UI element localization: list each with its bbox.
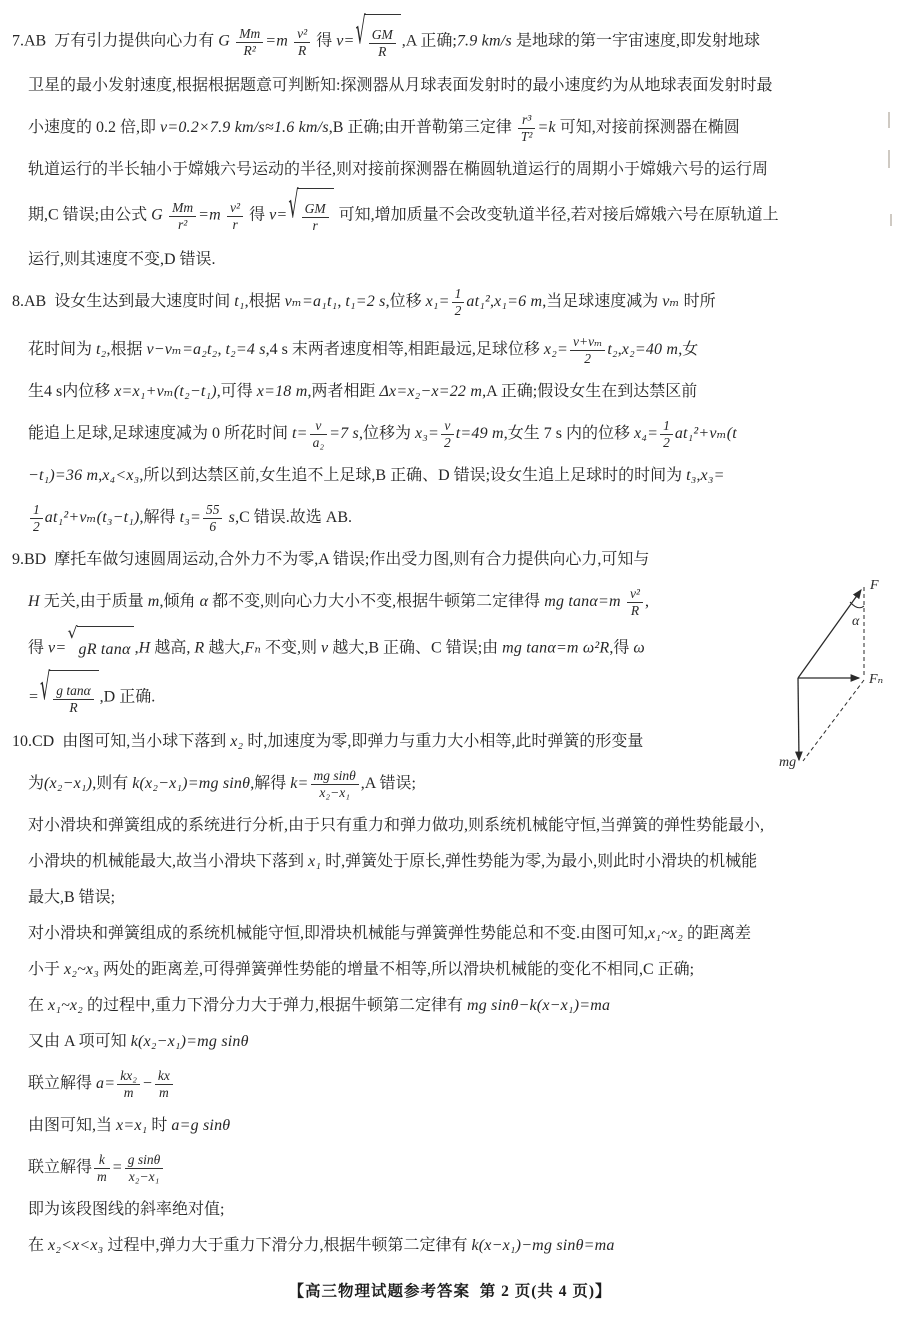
text-run: 由图可知,当 (28, 1117, 116, 1134)
math-run: s (224, 509, 235, 526)
fraction-numerator: 1 (452, 286, 465, 302)
text-run: ,位移 (386, 293, 426, 310)
fraction: Mmr² (169, 200, 196, 232)
math-run: v= (336, 33, 354, 50)
text-run: 是地球的第一宇宙速度,即发射地球 (516, 33, 760, 50)
radicand: g tanαR (49, 670, 98, 726)
text-line: 小速度的 0.2 倍,即 v=0.2×7.9 km/s≈1.6 km/s,B 正… (12, 104, 888, 152)
text-run: ,D 正确. (100, 689, 156, 706)
math-run: = (28, 689, 39, 706)
text-run: 的过程中,重力下滑分力大于弹力,根据牛顿第二定律有 (83, 997, 467, 1014)
text-line: 对小滑块和弹簧组成的系统机械能守恒,即滑块机械能与弹簧弹性势能总和不变.由图可知… (12, 916, 888, 952)
fraction: mg sinθx₂−x₁ (311, 768, 359, 800)
math-run: x₁ (308, 853, 321, 870)
text-run: ,当足球速度减为 (542, 293, 662, 310)
fraction-denominator: 6 (203, 518, 223, 535)
math-run: v= (48, 640, 66, 657)
text-line: 即为该段图线的斜率绝对值; (12, 1192, 888, 1228)
math-run: α (200, 593, 209, 610)
text-run: 最大,B 错误; (28, 889, 115, 906)
text-line: 运行,则其速度不变,D 错误. (12, 242, 888, 278)
text-run: 越高, (150, 640, 194, 657)
math-run: =k (537, 119, 555, 136)
math-run: R (194, 640, 204, 657)
text-line: 由图可知,当 x=x₁ 时 a=g sinθ (12, 1108, 888, 1144)
text-run: 得 (28, 640, 48, 657)
fraction-denominator: R² (236, 42, 263, 59)
text-run: 运行,则其速度不变,D 错误. (28, 251, 216, 268)
fraction-numerator: 1 (30, 502, 43, 518)
math-run: at₁²+vₘ(t (675, 425, 737, 442)
text-line: 小滑块的机械能最大,故当小滑块下落到 x₁ 时,弹簧处于原长,弹性势能为零,为最… (12, 844, 888, 880)
text-run: 两处的距离差,可得弹簧弹性势能的增量不相等,所以滑块机械能的变化不相同,C 正确… (99, 961, 694, 978)
math-run: =m (198, 207, 225, 224)
text-run: 又由 A 项可知 (28, 1033, 131, 1050)
math-run: v−vₘ=a₂t₂ (146, 341, 217, 358)
math-run: k(x₂−x₁)=mg sinθ (132, 775, 250, 792)
text-run: 无关,由于质量 (40, 593, 148, 610)
fraction-denominator: m (155, 1084, 173, 1101)
math-run: t₂ (96, 341, 106, 358)
math-run: m (148, 593, 160, 610)
math-run: = (112, 1159, 123, 1176)
fraction-numerator: r³ (518, 112, 536, 128)
page-footer: 【高三物理试题参考答案 第 2 页(共 4 页)】 (0, 1279, 900, 1301)
fraction-numerator: GM (369, 27, 396, 43)
math-run: k= (290, 775, 308, 792)
text-line: 对小滑块和弹簧组成的系统进行分析,由于只有重力和弹力做功,则系统机械能守恒,当弹… (12, 808, 888, 844)
scan-artifact (890, 214, 892, 226)
fraction: kx₂m (117, 1068, 140, 1100)
text-run: 花时间为 (28, 341, 96, 358)
fraction-denominator: x₂−x₁ (311, 784, 359, 801)
text-line: 最大,B 错误; (12, 880, 888, 916)
text-run: 在 (28, 997, 48, 1014)
math-run: 7.9 km/s (457, 33, 516, 50)
text-run: 9.BD 摩托车做匀速圆周运动,合外力不为零,A 错误;作出受力图,则有合力提供… (12, 551, 649, 568)
fraction-denominator: R (627, 602, 643, 619)
text-line: 10.CD 由图可知,当小球下落到 x₂ 时,加速度为零,即弹力与重力大小相等,… (12, 724, 888, 760)
text-run: 联立解得 (28, 1075, 96, 1092)
fraction-denominator: 2 (30, 518, 43, 535)
text-line: 得 v=√gR tanα,H 越高, R 越大,Fₙ 不变,则 v 越大,B 正… (12, 626, 888, 670)
math-run: x₁=6 m (494, 293, 542, 310)
math-run: at₁²+vₘ(t₃−t₁) (45, 509, 140, 526)
math-run: mg sinθ−k(x−x₁)=ma (467, 997, 610, 1014)
fraction-numerator: kx (155, 1068, 173, 1084)
text-run: 不变,则 (261, 640, 321, 657)
fraction-numerator: v (310, 418, 327, 434)
fraction: MmR² (236, 26, 263, 58)
fraction: km (94, 1152, 110, 1184)
math-run: x₂~x₃ (64, 961, 99, 978)
text-run: 都不变,则向心力大小不变,根据牛顿第二定律得 (208, 593, 544, 610)
math-run: t₂ (607, 341, 617, 358)
text-run: 生4 s内位移 (28, 383, 114, 400)
text-run: 得 (312, 33, 336, 50)
fraction-numerator: 1 (660, 418, 673, 434)
text-run: ,得 (609, 640, 633, 657)
math-run: vₘ=a₁t₁ (285, 293, 338, 310)
text-run: ,B 正确;由开普勒第三定律 (329, 119, 516, 136)
label-Fn: Fₙ (868, 672, 884, 687)
text-run: 即为该段图线的斜率绝对值; (28, 1201, 224, 1218)
text-line: 7.AB 万有引力提供向心力有 G MmR²=m v²R 得 v=√GMR,A … (12, 14, 888, 68)
fraction: 12 (30, 502, 43, 534)
math-run: k(x₂−x₁)=mg sinθ (131, 1033, 249, 1050)
math-run: x=x₁ (116, 1117, 147, 1134)
text-line: 期,C 错误;由公式 G Mmr²=m v²r 得 v=√GMr 可知,增加质量… (12, 188, 888, 242)
fraction: r³T² (518, 112, 536, 144)
text-run: ,则有 (92, 775, 132, 792)
fraction-denominator: a₂ (310, 434, 327, 451)
fraction-numerator: v² (227, 200, 243, 216)
text-line: −t₁)=36 m,x₄<x₃,所以到达禁区前,女生追不上足球,B 正确、D 错… (12, 458, 888, 494)
text-line: 12at₁²+vₘ(t₃−t₁),解得 t₃=556 s,C 错误.故选 AB. (12, 494, 888, 542)
math-run: ω (633, 640, 645, 657)
text-run: 时 (147, 1117, 171, 1134)
text-run: ,A 正确;假设女生在到达禁区前 (482, 383, 697, 400)
text-run: ,女生 7 s 内的位移 (504, 425, 634, 442)
math-run: t=49 m (456, 425, 504, 442)
math-run: mg tanα=m ω²R (502, 640, 609, 657)
fraction-denominator: 2 (441, 434, 454, 451)
square-root: √g tanαR (40, 670, 99, 726)
math-run: H (28, 593, 40, 610)
text-line: =√g tanαR,D 正确. (12, 670, 888, 724)
fraction: kxm (155, 1068, 173, 1100)
math-run: k(x−x₁)−mg sinθ=ma (471, 1237, 614, 1254)
fraction-numerator: GM (302, 201, 329, 217)
text-run: 越大, (204, 640, 244, 657)
fraction-numerator: k (94, 1152, 110, 1168)
fraction-denominator: x₂−x₁ (125, 1168, 164, 1185)
text-line: 生4 s内位移 x=x₁+vₘ(t₂−t₁),可得 x=18 m,两者相距 Δx… (12, 374, 888, 410)
square-root: √GMr (288, 188, 333, 244)
fraction-denominator: m (94, 1168, 110, 1185)
fraction: 12 (452, 286, 465, 318)
math-run: =m (265, 33, 292, 50)
text-run: ,所以到达禁区前,女生追不上足球,B 正确、D 错误;设女生追上足球时的时间为 (139, 467, 686, 484)
fraction-denominator: R (369, 43, 396, 60)
math-run: Δx=x₂−x=22 m (379, 383, 482, 400)
fraction-numerator: g sinθ (125, 1152, 164, 1168)
text-run: ,4 s 末两者速度相等,相距最远,足球位移 (266, 341, 544, 358)
label-mg: mg (779, 755, 796, 770)
text-line: 在 x₂<x<x₃ 过程中,弹力大于重力下滑分力,根据牛顿第二定律有 k(x−x… (12, 1228, 888, 1264)
math-run: x₃= (415, 425, 439, 442)
text-run: 10.CD 由图可知,当小球下落到 (12, 733, 230, 750)
math-run: t₂=4 s (225, 341, 265, 358)
fraction-numerator: Mm (236, 26, 263, 42)
fraction-denominator: R (294, 42, 310, 59)
text-run: ,A 正确; (402, 33, 457, 50)
radicand: GMR (365, 14, 401, 70)
radical-sign: √ (40, 669, 50, 706)
fraction-numerator: 55 (203, 502, 223, 518)
force-diagram: F α Fₙ mg (778, 570, 898, 778)
radicand: gR tanα (77, 626, 134, 672)
construction-line-diagonal (803, 680, 864, 761)
math-run: v=0.2×7.9 km/s≈1.6 km/s (160, 119, 329, 136)
math-run: x₁~x₂ (648, 925, 683, 942)
math-run: (x₂−x₁) (44, 775, 92, 792)
text-run: 小滑块的机械能最大,故当小滑块下落到 (28, 853, 308, 870)
math-run: a= (96, 1075, 115, 1092)
math-run: H (139, 640, 151, 657)
fraction: GMR (369, 27, 396, 59)
fraction-denominator: r² (169, 216, 196, 233)
math-run: vₘ (662, 293, 679, 310)
text-run: 期,C 错误;由公式 (28, 207, 151, 224)
square-root: √gR tanα (67, 626, 133, 672)
fraction: v²R (294, 26, 310, 58)
fraction-denominator: 2 (452, 302, 465, 319)
text-line: 联立解得 a=kx₂m−kxm (12, 1060, 888, 1108)
text-run: 可知,增加质量不会改变轨道半径,若对接后嫦娥六号在原轨道上 (335, 207, 779, 224)
fraction-numerator: v (441, 418, 454, 434)
fraction-denominator: T² (518, 128, 536, 145)
math-run: t₃ (686, 467, 696, 484)
text-run: ,解得 (250, 775, 290, 792)
fraction-denominator: R (53, 699, 93, 716)
label-F: F (869, 578, 879, 593)
radical-sign: √ (356, 13, 366, 50)
text-line: 轨道运行的半长轴小于嫦娥六号运动的半径,则对接前探测器在椭圆轨道运行的周期小于嫦… (12, 152, 888, 188)
fraction: 12 (660, 418, 673, 450)
text-run: 为 (28, 775, 44, 792)
fraction-numerator: kx₂ (117, 1068, 140, 1084)
fraction-numerator: v+vₘ (570, 334, 605, 350)
text-run: 过程中,弹力大于重力下滑分力,根据牛顿第二定律有 (103, 1237, 471, 1254)
fraction: va₂ (310, 418, 327, 450)
fraction-numerator: v² (627, 586, 643, 602)
text-run: 8.AB 设女生达到最大速度时间 (12, 293, 234, 310)
math-run: G (151, 207, 167, 224)
fraction-numerator: Mm (169, 200, 196, 216)
text-line: 花时间为 t₂,根据 v−vₘ=a₂t₂, t₂=4 s,4 s 末两者速度相等… (12, 326, 888, 374)
text-run: ,根据 (245, 293, 285, 310)
fraction: g sinθx₂−x₁ (125, 1152, 164, 1184)
math-run: −t₁)=36 m (28, 467, 98, 484)
math-run: x₂<x<x₃ (48, 1237, 103, 1254)
text-run: 时,加速度为零,即弹力与重力大小相等,此时弹簧的形变量 (243, 733, 643, 750)
math-run: x₂= (544, 341, 568, 358)
fraction: v+vₘ2 (570, 334, 605, 366)
math-run: a=g sinθ (171, 1117, 230, 1134)
text-run: ,位移为 (359, 425, 415, 442)
math-run: x₄<x₃ (102, 467, 139, 484)
label-alpha: α (852, 614, 860, 629)
math-run: x=18 m (257, 383, 308, 400)
text-run: 在 (28, 1237, 48, 1254)
scan-artifact (888, 112, 890, 128)
math-run: t₁=2 s (345, 293, 385, 310)
math-run: x=x₁+vₘ(t₂−t₁) (114, 383, 217, 400)
math-run: G (218, 33, 234, 50)
text-run: 时所 (680, 293, 716, 310)
text-run: 小速度的 0.2 倍,即 (28, 119, 160, 136)
fraction-numerator: mg sinθ (311, 768, 359, 784)
math-run: x₂ (230, 733, 243, 750)
text-line: 又由 A 项可知 k(x₂−x₁)=mg sinθ (12, 1024, 888, 1060)
math-run: t₃= (180, 509, 201, 526)
text-run: ,A 错误; (361, 775, 416, 792)
text-line: H 无关,由于质量 m,倾角 α 都不变,则向心力大小不变,根据牛顿第二定律得 … (12, 578, 888, 626)
math-run: t₁ (234, 293, 244, 310)
math-run: x₄= (634, 425, 658, 442)
math-run: mg tanα=m (544, 593, 625, 610)
fraction: GMr (302, 201, 329, 233)
vector-mg (798, 678, 799, 760)
fraction: v2 (441, 418, 454, 450)
text-run: ,两者相距 (307, 383, 379, 400)
answer-lines: 7.AB 万有引力提供向心力有 G MmR²=m v²R 得 v=√GMR,A … (12, 14, 888, 1264)
text-line: 小于 x₂~x₃ 两处的距离差,可得弹簧弹性势能的增量不相等,所以滑块机械能的变… (12, 952, 888, 988)
text-run: , (645, 593, 649, 610)
text-line: 8.AB 设女生达到最大速度时间 t₁,根据 vₘ=a₁t₁, t₁=2 s,位… (12, 278, 888, 326)
math-run: x₁~x₂ (48, 997, 83, 1014)
text-run: ,根据 (106, 341, 146, 358)
fraction: 556 (203, 502, 223, 534)
text-run: ,女 (678, 341, 698, 358)
answer-sheet-page: 7.AB 万有引力提供向心力有 G MmR²=m v²R 得 v=√GMR,A … (12, 14, 888, 1264)
radical-sign: √ (288, 187, 298, 224)
text-run: 可知,对接前探测器在椭圆 (556, 119, 740, 136)
fraction-denominator: 2 (660, 434, 673, 451)
square-root: √GMR (356, 14, 401, 70)
text-run: 能追上足球,足球速度减为 0 所花时间 (28, 425, 292, 442)
text-run: 小于 (28, 961, 64, 978)
math-run: =7 s (329, 425, 359, 442)
fraction: v²R (627, 586, 643, 618)
fraction: g tanαR (53, 683, 93, 715)
text-line: 能追上足球,足球速度减为 0 所花时间 t=va₂=7 s,位移为 x₃=v2t… (12, 410, 888, 458)
math-run: x₂=40 m (622, 341, 678, 358)
text-run: ,可得 (217, 383, 257, 400)
text-run: 7.AB 万有引力提供向心力有 (12, 33, 218, 50)
radicand: GMr (298, 188, 334, 244)
fraction-numerator: g tanα (53, 683, 93, 699)
text-line: 联立解得km=g sinθx₂−x₁ (12, 1144, 888, 1192)
math-run: x₃= (701, 467, 725, 484)
text-run: ,倾角 (160, 593, 200, 610)
text-run: 对小滑块和弹簧组成的系统机械能守恒,即滑块机械能与弹簧弹性势能总和不变.由图可知… (28, 925, 648, 942)
fraction-numerator: v² (294, 26, 310, 42)
text-run: 对小滑块和弹簧组成的系统进行分析,由于只有重力和弹力做功,则系统机械能守恒,当弹… (28, 817, 764, 834)
math-run: v= (269, 207, 287, 224)
text-run: 卫星的最小发射速度,根据根据题意可判断知:探测器从月球表面发射时的最小速度约为从… (28, 77, 772, 94)
fraction-denominator: 2 (570, 350, 605, 367)
fraction: v²r (227, 200, 243, 232)
text-line: 为(x₂−x₁),则有 k(x₂−x₁)=mg sinθ,解得 k=mg sin… (12, 760, 888, 808)
fraction-denominator: r (227, 216, 243, 233)
math-run: at₁² (466, 293, 490, 310)
text-line: 9.BD 摩托车做匀速圆周运动,合外力不为零,A 错误;作出受力图,则有合力提供… (12, 542, 888, 578)
text-run: 得 (245, 207, 269, 224)
text-run: 越大,B 正确、C 错误;由 (328, 640, 502, 657)
math-run: gR tanα (79, 641, 131, 658)
text-run: 时,弹簧处于原长,弹性势能为零,为最小,则此时小滑块的机械能 (321, 853, 757, 870)
scan-artifact (888, 150, 890, 168)
text-line: 卫星的最小发射速度,根据根据题意可判断知:探测器从月球表面发射时的最小速度约为从… (12, 68, 888, 104)
text-run: ,C 错误.故选 AB. (235, 509, 352, 526)
text-line: 在 x₁~x₂ 的过程中,重力下滑分力大于弹力,根据牛顿第二定律有 mg sin… (12, 988, 888, 1024)
text-run: ,解得 (140, 509, 180, 526)
math-run: Fₙ (244, 640, 261, 657)
math-run: t= (292, 425, 308, 442)
math-run: − (142, 1075, 153, 1092)
fraction-denominator: r (302, 217, 329, 234)
math-run: x₁= (426, 293, 450, 310)
text-run: 轨道运行的半长轴小于嫦娥六号运动的半径,则对接前探测器在椭圆轨道运行的周期小于嫦… (28, 161, 768, 178)
text-run: 联立解得 (28, 1159, 92, 1176)
text-run: 的距离差 (683, 925, 751, 942)
fraction-denominator: m (117, 1084, 140, 1101)
